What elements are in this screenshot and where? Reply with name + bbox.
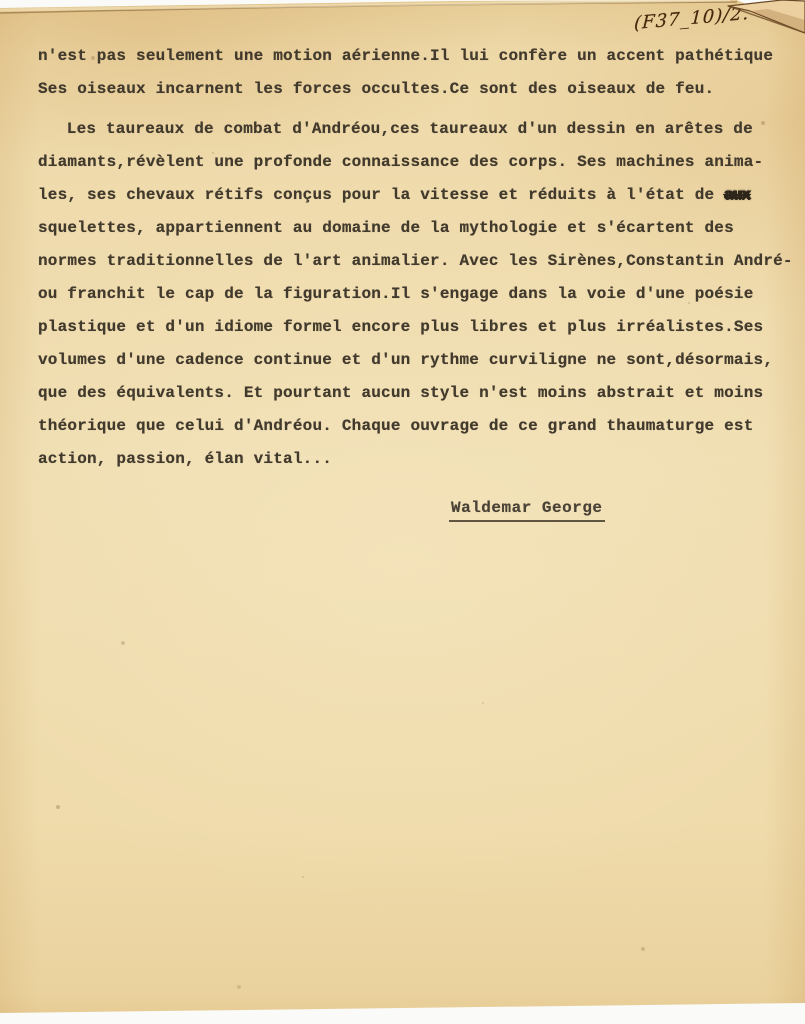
typed-text: n'est pas seulement une motion aérienne.… <box>38 40 798 476</box>
typed-line: les, ses chevaux rétifs conçus pour la v… <box>38 179 798 212</box>
signature: Waldemar George <box>449 498 605 522</box>
typed-line: n'est pas seulement une motion aérienne.… <box>38 40 798 73</box>
typed-line: diamants,révèlent une profonde connaissa… <box>38 146 798 179</box>
typed-line: théorique que celui d'Andréou. Chaque ou… <box>38 410 798 443</box>
typed-line: ou franchit le cap de la figuration.Il s… <box>38 278 798 311</box>
typed-line: Ses oiseaux incarnent les forces occulte… <box>38 73 798 106</box>
struck-word: aux <box>724 186 750 204</box>
typed-line: Les taureaux de combat d'Andréou,ces tau… <box>38 113 798 146</box>
scanned-document: n'est pas seulement une motion aérienne.… <box>0 0 805 1024</box>
typed-line: squelettes, appartiennent au domaine de … <box>38 212 798 245</box>
paper-speckles <box>0 0 2 2</box>
typed-line: plastique et d'un idiome formel encore p… <box>38 311 798 344</box>
typed-line: volumes d'une cadence continue et d'un r… <box>38 344 798 377</box>
typed-line: normes traditionnelles de l'art animalie… <box>38 245 798 278</box>
typed-line: action, passion, élan vital... <box>38 443 798 476</box>
archival-annotation: (F37_10)/2. <box>634 3 750 34</box>
typed-line: que des équivalents. Et pourtant aucun s… <box>38 377 798 410</box>
paper-sheet: n'est pas seulement une motion aérienne.… <box>0 0 805 1024</box>
